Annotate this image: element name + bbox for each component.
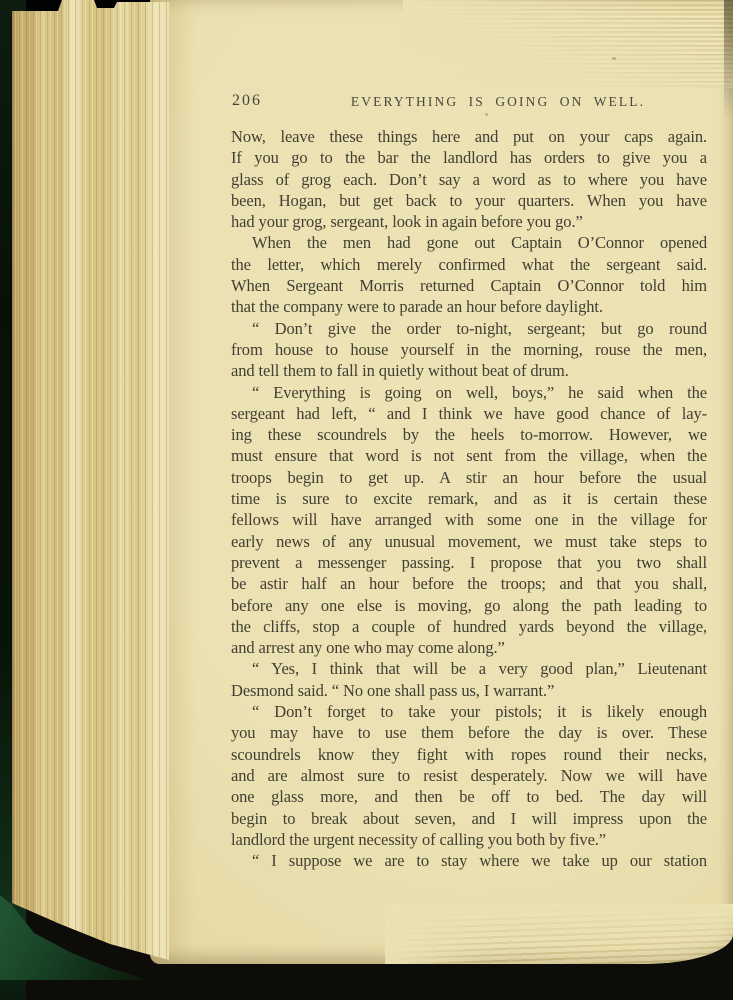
paragraph: When the men had gone out Captain O’Conn…: [231, 232, 707, 317]
page-text: Now, leave these things here and put on …: [231, 126, 707, 871]
text-line: and arrest any one who may come along.”: [231, 637, 707, 658]
page-edge-shadow-right: [724, 0, 733, 120]
text-line: prevent a messenger passing. I propose t…: [231, 552, 707, 573]
text-line: be astir half an hour before the troops;…: [231, 573, 707, 594]
paragraph: “ I suppose we are to stay where we take…: [231, 850, 707, 871]
paragraph: “ Yes, I think that will be a very good …: [231, 658, 707, 701]
text-line: “ Everything is going on well, boys,” he…: [231, 382, 707, 403]
text-line: early news of any unusual movement, we m…: [231, 531, 707, 552]
text-line: landlord the urgent necessity of calling…: [231, 829, 707, 850]
text-line: When the men had gone out Captain O’Conn…: [231, 232, 707, 253]
page-number: 206: [232, 92, 262, 110]
text-line: When Sergeant Morris returned Captain O’…: [231, 275, 707, 296]
paper-speck: [612, 57, 616, 60]
text-line: from house to house yourself in the morn…: [231, 339, 707, 360]
page-edges-left: [12, 0, 169, 982]
text-line: one glass more, and then be off to bed. …: [231, 786, 707, 807]
paragraph: “ Don’t give the order to-night, sergean…: [231, 318, 707, 382]
text-line: scoundrels know they fight with ropes ro…: [231, 744, 707, 765]
text-line: ing these scoundrels by the heels to-mor…: [231, 424, 707, 445]
paragraph: Now, leave these things here and put on …: [231, 126, 707, 232]
page-header: 206 EVERYTHING IS GOING ON WELL.: [231, 90, 707, 112]
running-title: EVERYTHING IS GOING ON WELL.: [351, 94, 645, 110]
paragraph: “ Don’t forget to take your pistols; it …: [231, 701, 707, 850]
text-line: glass of grog each. Don’t say a word as …: [231, 169, 707, 190]
book-scan: 206 EVERYTHING IS GOING ON WELL. Now, le…: [0, 0, 733, 1000]
text-line: troops begin to get up. A stir an hour b…: [231, 467, 707, 488]
page-content: 206 EVERYTHING IS GOING ON WELL. Now, le…: [231, 90, 707, 871]
text-line: the letter, which merely confirmed what …: [231, 254, 707, 275]
text-line: had your grog, sergeant, look in again b…: [231, 211, 707, 232]
text-line: “ I suppose we are to stay where we take…: [231, 850, 707, 871]
text-line: that the company were to parade an hour …: [231, 296, 707, 317]
text-line: time is sure to excite remark, and as it…: [231, 488, 707, 509]
page-edge-texture-top: [403, 0, 733, 88]
text-line: before any one else is moving, go along …: [231, 595, 707, 616]
text-line: sergeant had left, “ and I think we have…: [231, 403, 707, 424]
text-line: and are almost sure to resist desperatel…: [231, 765, 707, 786]
text-line: “ Yes, I think that will be a very good …: [231, 658, 707, 679]
text-line: If you go to the bar the landlord has or…: [231, 147, 707, 168]
text-line: Desmond said. “ No one shall pass us, I …: [231, 680, 707, 701]
text-line: fellows will have arranged with some one…: [231, 509, 707, 530]
text-line: the cliffs, stop a couple of hundred yar…: [231, 616, 707, 637]
text-line: you may have to use them before the day …: [231, 722, 707, 743]
text-line: Now, leave these things here and put on …: [231, 126, 707, 147]
text-line: “ Don’t forget to take your pistols; it …: [231, 701, 707, 722]
text-line: “ Don’t give the order to-night, sergean…: [231, 318, 707, 339]
page-edge-texture-bottom: [385, 904, 733, 964]
text-line: been, Hogan, but get back to your quarte…: [231, 190, 707, 211]
paragraph: “ Everything is going on well, boys,” he…: [231, 382, 707, 659]
text-line: must ensure that word is not sent from t…: [231, 445, 707, 466]
text-line: and tell them to fall in quietly without…: [231, 360, 707, 381]
text-line: begin to break about seven, and I will i…: [231, 808, 707, 829]
